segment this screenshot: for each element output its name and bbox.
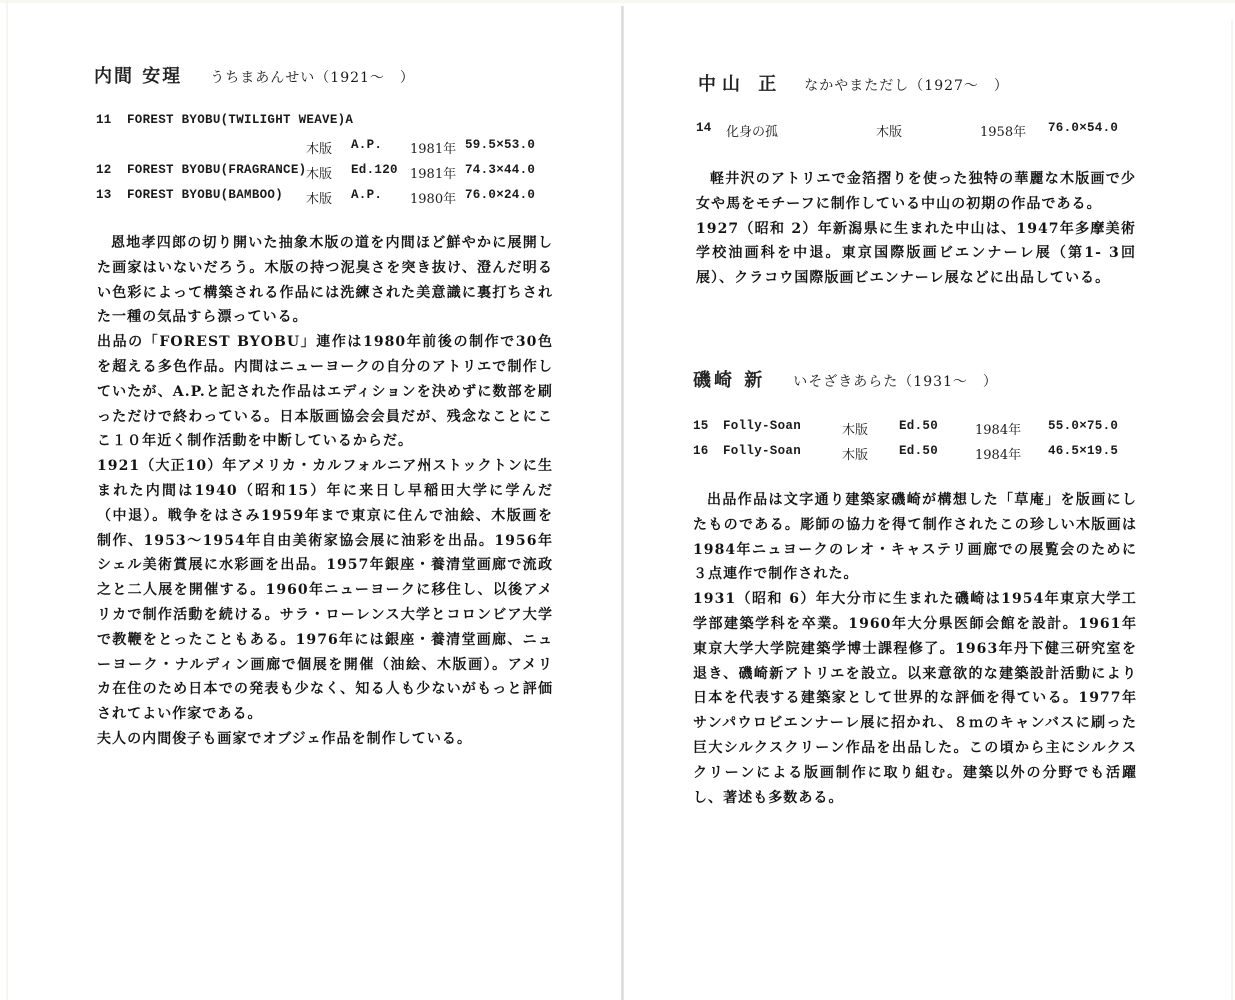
biography-paragraph: 1921（大正10）年アメリカ・カルフォルニア州ストックトンに生まれた内間は19… (97, 454, 553, 727)
artist-commentary: 出品作品は文字通り建築家磯崎が構想した「草庵」を版画にしたものである。彫師の協力… (693, 488, 1137, 810)
work-year: 1958年 (980, 121, 1026, 140)
work-medium: 木版 (842, 444, 868, 463)
work-edition: A.P. (351, 138, 382, 152)
work-medium: 木版 (306, 138, 332, 157)
works-list: 11 FOREST BYOBU(TWILIGHT WEAVE)A 木版 A.P.… (96, 113, 556, 213)
work-size: 59.5×53.0 (465, 138, 535, 152)
artist-heading-uchima: 内間 安瑆 うちまあんせい（1921～ ） (94, 62, 415, 88)
work-row-11: 11 FOREST BYOBU(TWILIGHT WEAVE)A (96, 113, 556, 138)
work-number: 15 (693, 419, 709, 433)
work-size: 74.3×44.0 (465, 163, 535, 177)
artist-heading-isozaki: 磯崎 新 いそざきあらた（1931～ ） (693, 366, 998, 392)
artist-name: 内間 安瑆 (94, 62, 182, 88)
commentary-paragraph: 恩地孝四郎の切り開いた抽象木版の道を内間ほど鮮やかに展開した画家はいないだろう。… (97, 231, 553, 330)
biography-paragraph: 1931（昭和 6）年大分市に生まれた磯崎は1954年東京大学工学部建築学科を卒… (693, 587, 1137, 810)
work-title: Folly-Soan (723, 444, 801, 458)
work-title: 化身の孤 (726, 121, 778, 140)
work-number: 13 (96, 188, 112, 202)
commentary-paragraph: 軽井沢のアトリエで金箔摺りを使った独特の華麗な木版画で少女や馬をモチーフに制作し… (696, 167, 1136, 217)
work-row-15: 15 Folly-Soan 木版 Ed.50 1984年 55.0×75.0 (693, 419, 1163, 444)
work-title: FOREST BYOBU(TWILIGHT WEAVE)A (127, 113, 353, 127)
work-row-16: 16 Folly-Soan 木版 Ed.50 1984年 46.5×19.5 (693, 444, 1163, 469)
work-row-14: 14 化身の孤 木版 1958年 76.0×54.0 (696, 121, 1166, 146)
work-row-12: 12 FOREST BYOBU(FRAGRANCE) 木版 Ed.120 198… (96, 163, 556, 188)
work-medium: 木版 (306, 163, 332, 182)
right-page: 中山 正 なかやまただし（1927～ ） 14 化身の孤 木版 1958年 76… (624, 0, 1235, 1000)
work-row-11-details: 木版 A.P. 1981年 59.5×53.0 (96, 138, 556, 163)
work-year: 1984年 (975, 444, 1021, 463)
work-size: 76.0×54.0 (1048, 121, 1118, 135)
work-number: 14 (696, 121, 712, 135)
work-title: Folly-Soan (723, 419, 801, 433)
work-title: FOREST BYOBU(FRAGRANCE) (127, 163, 306, 177)
artist-commentary: 軽井沢のアトリエで金箔摺りを使った独特の華麗な木版画で少女や馬をモチーフに制作し… (696, 167, 1136, 291)
artist-heading-nakayama: 中山 正 なかやまただし（1927～ ） (698, 70, 1009, 96)
artist-name: 中山 正 (698, 70, 782, 96)
work-number: 11 (96, 113, 112, 127)
work-number: 16 (693, 444, 709, 458)
work-size: 55.0×75.0 (1048, 419, 1118, 433)
commentary-paragraph: 出品作品は文字通り建築家磯崎が構想した「草庵」を版画にしたものである。彫師の協力… (693, 488, 1137, 587)
work-medium: 木版 (306, 188, 332, 207)
work-edition: Ed.120 (351, 163, 398, 177)
artist-reading: うちまあんせい（1921～ ） (210, 67, 415, 87)
work-edition: A.P. (351, 188, 382, 202)
artist-reading: なかやまただし（1927～ ） (804, 75, 1009, 95)
work-size: 76.0×24.0 (465, 188, 535, 202)
work-edition: Ed.50 (899, 444, 938, 458)
biography-paragraph: 1927（昭和 2）年新潟県に生まれた中山は、1947年多摩美術学校油画科を中退… (696, 217, 1136, 291)
catalog-spread: 内間 安瑆 うちまあんせい（1921～ ） 11 FOREST BYOBU(TW… (0, 0, 1235, 1000)
commentary-paragraph: 出品の「FOREST BYOBU」連作は1980年前後の制作で30色を超える多色… (97, 330, 553, 454)
left-page: 内間 安瑆 うちまあんせい（1921～ ） 11 FOREST BYOBU(TW… (0, 0, 622, 1000)
works-list: 15 Folly-Soan 木版 Ed.50 1984年 55.0×75.0 1… (693, 419, 1163, 469)
work-medium: 木版 (842, 419, 868, 438)
artist-reading: いそざきあらた（1931～ ） (793, 371, 998, 391)
work-year: 1981年 (410, 163, 456, 182)
work-medium: 木版 (876, 121, 902, 140)
work-row-13: 13 FOREST BYOBU(BAMBOO) 木版 A.P. 1980年 76… (96, 188, 556, 213)
artist-commentary: 恩地孝四郎の切り開いた抽象木版の道を内間ほど鮮やかに展開した画家はいないだろう。… (97, 231, 553, 752)
work-year: 1984年 (975, 419, 1021, 438)
work-edition: Ed.50 (899, 419, 938, 433)
biography-paragraph: 夫人の内間俊子も画家でオブジェ作品を制作している。 (97, 727, 553, 752)
work-year: 1981年 (410, 138, 456, 157)
work-size: 46.5×19.5 (1048, 444, 1118, 458)
work-number: 12 (96, 163, 112, 177)
works-list: 14 化身の孤 木版 1958年 76.0×54.0 (696, 121, 1166, 146)
artist-name: 磯崎 新 (693, 366, 765, 392)
work-title: FOREST BYOBU(BAMBOO) (127, 188, 283, 202)
work-year: 1980年 (410, 188, 456, 207)
